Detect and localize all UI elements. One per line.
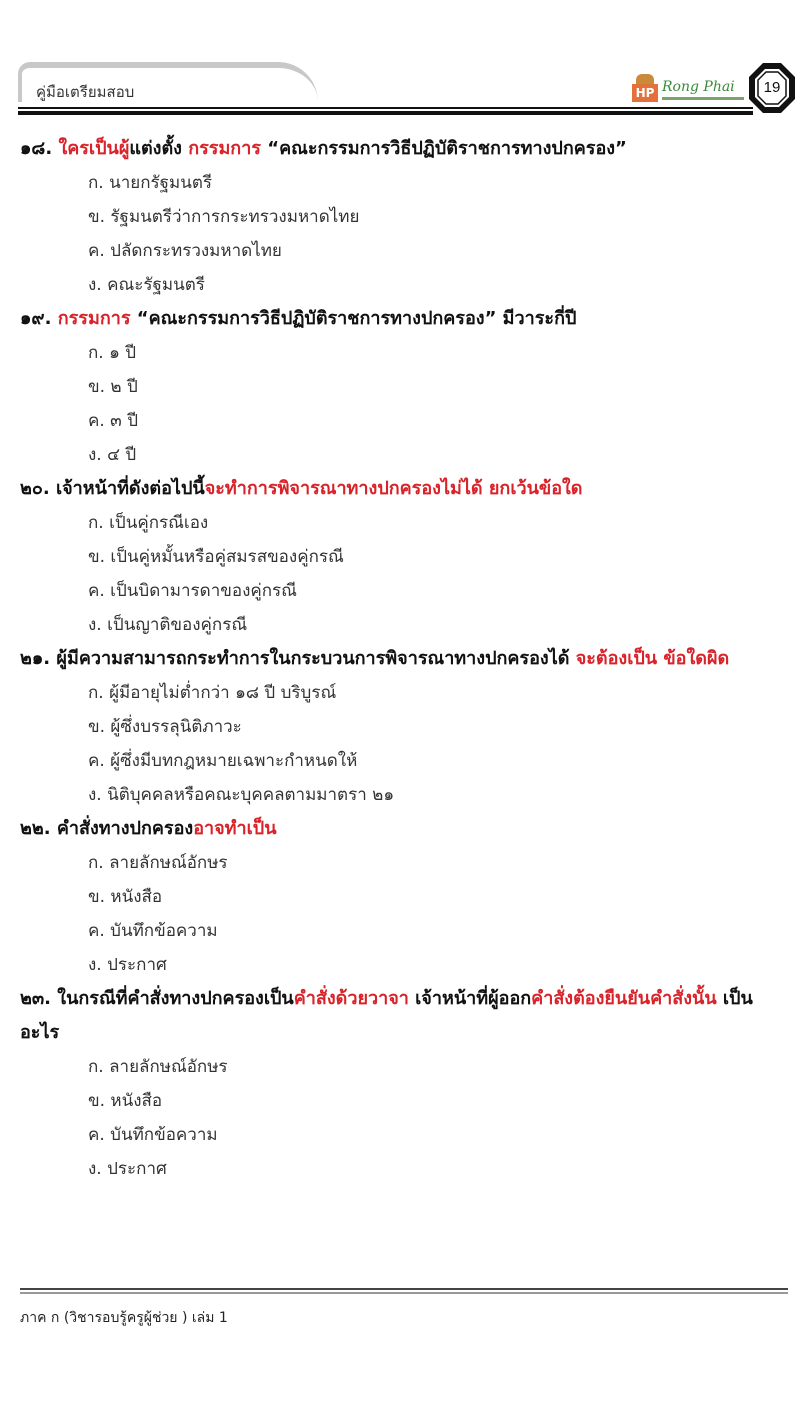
option-a: ก. ๑ ปี — [20, 336, 790, 370]
question-23: ๒๓. ในกรณีที่คำสั่งทางปกครองเป็นคำสั่งด้… — [20, 982, 790, 1186]
footer-text: ภาค ก (วิชารอบรู้ครูผู้ช่วย ) เล่ม 1 — [20, 1307, 228, 1329]
option-b: ข. หนังสือ — [20, 880, 790, 914]
option-c: ค. เป็นบิดามารดาของคู่กรณี — [20, 574, 790, 608]
option-a: ก. นายกรัฐมนตรี — [20, 166, 790, 200]
question-segment: แต่งตั้ง — [129, 138, 188, 159]
publisher-logo: HP Rong Phai — [630, 74, 748, 106]
option-c: ค. ๓ ปี — [20, 404, 790, 438]
question-segment: ผู้มีความสามารถกระทำการในกระบวนการพิจารณ… — [56, 648, 575, 669]
header-divider-thick — [18, 111, 753, 115]
question-text: ๒๑. ผู้มีความสามารถกระทำการในกระบวนการพิ… — [20, 642, 790, 676]
question-highlight: จะต้องเป็น ข้อใดผิด — [576, 648, 729, 669]
question-18: ๑๘. ใครเป็นผู้แต่งตั้ง กรรมการ “คณะกรรมก… — [20, 132, 790, 302]
option-b: ข. ผู้ซึ่งบรรลุนิติภาวะ — [20, 710, 790, 744]
option-b: ข. ๒ ปี — [20, 370, 790, 404]
question-text: ๑๘. ใครเป็นผู้แต่งตั้ง กรรมการ “คณะกรรมก… — [20, 132, 790, 166]
question-text: ๑๙. กรรมการ “คณะกรรมการวิธีปฏิบัติราชการ… — [20, 302, 790, 336]
question-highlight: จะทำการพิจารณาทางปกครองไม่ได้ ยกเว้นข้อใ… — [205, 478, 583, 499]
footer-divider-light — [20, 1292, 788, 1294]
question-text: ๒๓. ในกรณีที่คำสั่งทางปกครองเป็นคำสั่งด้… — [20, 982, 790, 1050]
question-segment: ในกรณีที่คำสั่งทางปกครองเป็น — [57, 988, 293, 1009]
option-c: ค. ปลัดกระทรวงมหาดไทย — [20, 234, 790, 268]
question-22: ๒๒. คำสั่งทางปกครองอาจทำเป็น ก. ลายลักษณ… — [20, 812, 790, 982]
question-text: ๒๐. เจ้าหน้าที่ดังต่อไปนี้จะทำการพิจารณา… — [20, 472, 790, 506]
option-c: ค. บันทึกข้อความ — [20, 1118, 790, 1152]
option-a: ก. ลายลักษณ์อักษร — [20, 1050, 790, 1084]
header-title: คู่มือเตรียมสอบ — [36, 80, 134, 104]
question-segment: คำสั่งทางปกครอง — [57, 818, 193, 839]
logo-tagline-decoration — [662, 97, 744, 100]
page-number-badge: 19 — [748, 62, 796, 114]
question-text: ๒๒. คำสั่งทางปกครองอาจทำเป็น — [20, 812, 790, 846]
question-number: ๑๘. — [20, 138, 52, 159]
option-a: ก. เป็นคู่กรณีเอง — [20, 506, 790, 540]
option-c: ค. บันทึกข้อความ — [20, 914, 790, 948]
question-number: ๒๐. — [20, 478, 50, 499]
page-number: 19 — [748, 62, 796, 114]
question-highlight: อาจทำเป็น — [193, 818, 276, 839]
logo-brand: Rong Phai — [662, 79, 735, 95]
logo-initials: HP — [632, 84, 658, 102]
option-a: ก. ผู้มีอายุไม่ต่ำกว่า ๑๘ ปี บริบูรณ์ — [20, 676, 790, 710]
option-d: ง. เป็นญาติของคู่กรณี — [20, 608, 790, 642]
option-d: ง. คณะรัฐมนตรี — [20, 268, 790, 302]
question-highlight: กรรมการ — [58, 308, 131, 329]
question-highlight: กรรมการ — [188, 138, 261, 159]
question-segment: “คณะกรรมการวิธีปฏิบัติราชการทางปกครอง” — [261, 138, 627, 159]
question-number: ๑๙. — [20, 308, 51, 329]
question-19: ๑๙. กรรมการ “คณะกรรมการวิธีปฏิบัติราชการ… — [20, 302, 790, 472]
question-20: ๒๐. เจ้าหน้าที่ดังต่อไปนี้จะทำการพิจารณา… — [20, 472, 790, 642]
question-highlight: คำสั่งต้องยืนยันคำสั่งนั้น — [531, 988, 716, 1009]
question-segment: เจ้าหน้าที่ดังต่อไปนี้ — [56, 478, 205, 499]
option-a: ก. ลายลักษณ์อักษร — [20, 846, 790, 880]
option-d: ง. ๔ ปี — [20, 438, 790, 472]
question-highlight: ใครเป็นผู้ — [58, 138, 129, 159]
question-list: ๑๘. ใครเป็นผู้แต่งตั้ง กรรมการ “คณะกรรมก… — [20, 132, 790, 1186]
question-segment: เจ้าหน้าที่ผู้ออก — [409, 988, 531, 1009]
option-d: ง. นิติบุคคลหรือคณะบุคคลตามมาตรา ๒๑ — [20, 778, 790, 812]
header-divider — [18, 107, 753, 109]
option-b: ข. เป็นคู่หมั้นหรือคู่สมรสของคู่กรณี — [20, 540, 790, 574]
question-number: ๒๒. — [20, 818, 51, 839]
option-b: ข. รัฐมนตรีว่าการกระทรวงมหาดไทย — [20, 200, 790, 234]
footer-divider — [20, 1288, 788, 1290]
question-segment: “คณะกรรมการวิธีปฏิบัติราชการทางปกครอง” ม… — [131, 308, 577, 329]
logo-mascot-icon — [636, 74, 654, 84]
option-d: ง. ประกาศ — [20, 948, 790, 982]
option-b: ข. หนังสือ — [20, 1084, 790, 1118]
option-c: ค. ผู้ซึ่งมีบทกฎหมายเฉพาะกำหนดให้ — [20, 744, 790, 778]
question-number: ๒๑. — [20, 648, 50, 669]
question-number: ๒๓. — [20, 988, 51, 1009]
question-21: ๒๑. ผู้มีความสามารถกระทำการในกระบวนการพิ… — [20, 642, 790, 812]
option-d: ง. ประกาศ — [20, 1152, 790, 1186]
question-highlight: คำสั่งด้วยวาจา — [294, 988, 409, 1009]
